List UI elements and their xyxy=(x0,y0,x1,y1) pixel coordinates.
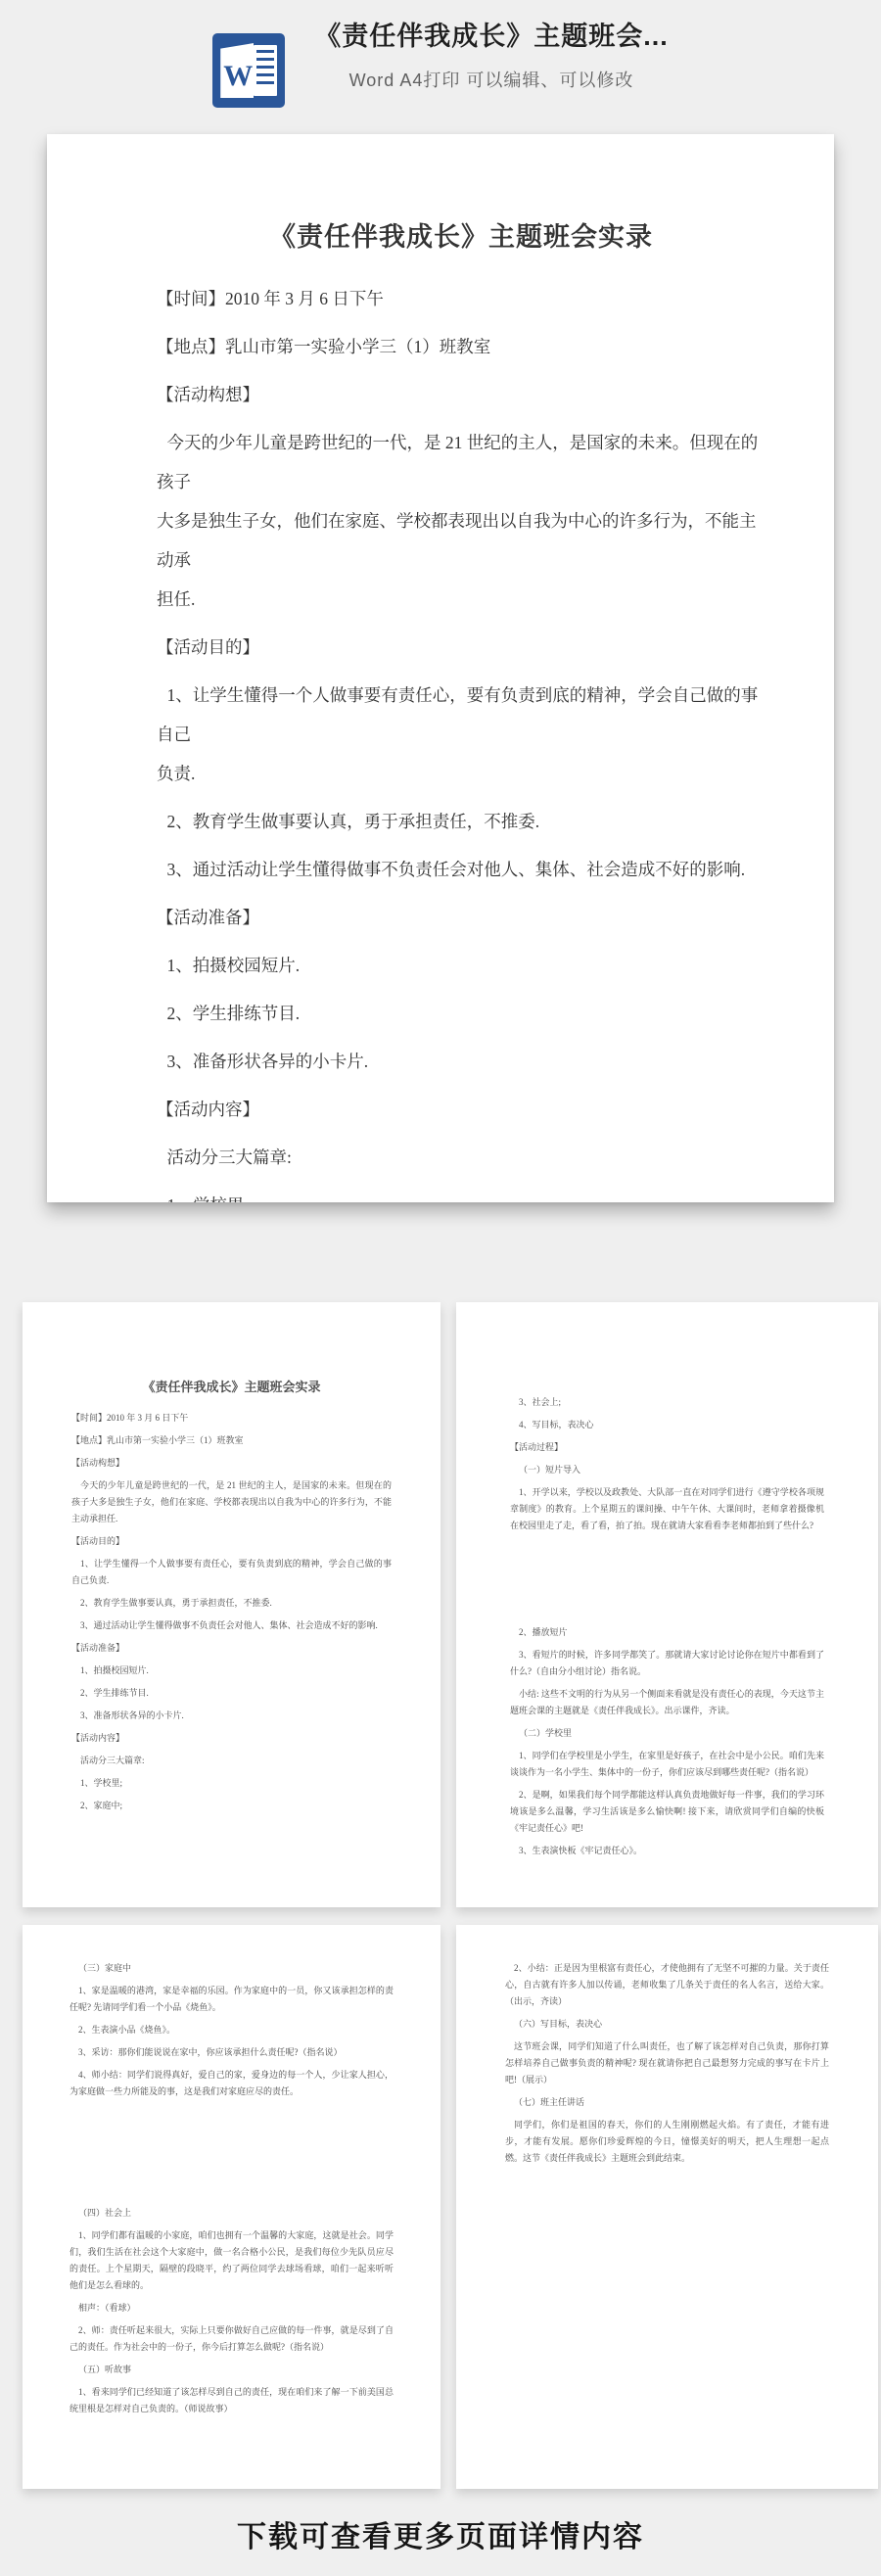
document-title: 《责任伴我成长》主题班会... xyxy=(314,20,669,53)
document-subtitle: Word A4打印 可以编辑、可以修改 xyxy=(349,67,634,92)
doc-line: 大多是独生子女，他们在家庭、学校都表现出以自我为中心的许多行为，不能主动承 xyxy=(157,501,765,580)
page-thumbnail-3[interactable]: （三）家庭中1、家是温暖的港湾，家是幸福的乐园。作为家庭中的一员，你又该承担怎样… xyxy=(23,1925,440,2489)
word-icon-letter: W xyxy=(222,59,254,94)
doc-line: 【活动准备】 xyxy=(71,1640,392,1657)
doc-line: 1、学校里; xyxy=(71,1775,392,1792)
doc-line: 相声：（看球） xyxy=(70,2300,394,2317)
doc-line: 3、通过活动让学生懂得做事不负责任会对他人、集体、社会造成不好的影响. xyxy=(71,1617,392,1634)
page-thumbnail-2-content: 3、社会上;4、写目标，表决心【活动过程】（一）短片导入1、开学以来，学校以及政… xyxy=(456,1302,878,1907)
doc-line: （七）班主任讲话 xyxy=(505,2094,829,2111)
page-background: { "colors":{ "background":"#efefef", "wo… xyxy=(0,0,881,2576)
doc-line: （三）家庭中 xyxy=(70,1960,394,1977)
site-header: W 《责任伴我成长》主题班会... Word A4打印 可以编辑、可以修改 xyxy=(0,0,881,132)
word-icon-document-lines xyxy=(254,45,277,96)
spacer xyxy=(70,2106,394,2199)
doc-line: 4、师小结：同学们说得真好，爱自己的家，爱身边的每一个人，少让家人担心，为家庭做… xyxy=(70,2067,394,2100)
doc-line: 《责任伴我成长》主题班会实录 xyxy=(71,1379,392,1396)
doc-line: 【活动构想】 xyxy=(157,375,765,414)
doc-line: （六）写目标，表决心 xyxy=(505,2016,829,2033)
doc-line: 3、准备形状各异的小卡片. xyxy=(71,1708,392,1724)
doc-line: 3、准备形状各异的小卡片. xyxy=(157,1042,765,1081)
doc-line: （一）短片导入 xyxy=(510,1462,824,1478)
doc-line: 2、生表演小品《烧鱼》。 xyxy=(70,2022,394,2038)
doc-line: 《责任伴我成长》主题班会实录 xyxy=(157,218,765,256)
doc-line: 【活动目的】 xyxy=(71,1533,392,1550)
doc-line: 活动分三大篇章: xyxy=(71,1753,392,1769)
doc-line: 【活动构想】 xyxy=(71,1455,392,1472)
page-thumbnail-4-content: 2、小结：正是因为里根富有责任心，才使他拥有了无坚不可摧的力量。关于责任心，自古… xyxy=(456,1925,878,2489)
doc-line: 【地点】乳山市第一实验小学三（1）班教室 xyxy=(157,327,765,366)
doc-line: 同学们，你们是祖国的春天，你们的人生刚刚燃起火焰。有了责任，才能有进步，才能有发… xyxy=(505,2117,829,2167)
doc-line: 1、家是温暖的港湾，家是幸福的乐园。作为家庭中的一员，你又该承担怎样的责任呢? … xyxy=(70,1983,394,2016)
doc-line: 1、开学以来，学校以及政教处、大队部一直在对同学们进行《遵守学校各项规章制度》的… xyxy=(510,1484,824,1534)
doc-line: 3、生表演快板《牢记责任心》。 xyxy=(510,1843,824,1859)
doc-line: （五）听故事 xyxy=(70,2362,394,2378)
doc-line: 2、小结：正是因为里根富有责任心，才使他拥有了无坚不可摧的力量。关于责任心，自古… xyxy=(505,1960,829,2010)
word-icon: W xyxy=(212,33,285,108)
doc-line: 3、采访：那你们能说说在家中，你应该承担什么责任呢?（指名说） xyxy=(70,2044,394,2061)
doc-line: 1、看来同学们已经知道了该怎样尽到自己的责任，现在咱们来了解一下前美国总统里根是… xyxy=(70,2384,394,2417)
doc-line: 担任. xyxy=(157,580,765,619)
doc-line: 【活动准备】 xyxy=(157,898,765,937)
download-hint: 下载可查看更多页面详情内容 xyxy=(0,2512,881,2555)
header-text: 《责任伴我成长》主题班会... Word A4打印 可以编辑、可以修改 xyxy=(314,20,669,92)
page-thumbnail-4[interactable]: 2、小结：正是因为里根富有责任心，才使他拥有了无坚不可摧的力量。关于责任心，自古… xyxy=(456,1925,878,2489)
spacer xyxy=(510,1540,824,1618)
document-page-preview: 《责任伴我成长》主题班会实录【时间】2010 年 3 月 6 日下午【地点】乳山… xyxy=(47,134,834,1202)
doc-line: 【时间】2010 年 3 月 6 日下午 xyxy=(157,279,765,318)
doc-line: 2、教育学生做事要认真，勇于承担责任，不推委. xyxy=(71,1595,392,1612)
doc-line: 1、同学们在学校里是小学生，在家里是好孩子，在社会中是小公民。咱们先来谈谈作为一… xyxy=(510,1748,824,1781)
doc-line: 2、学生排练节目. xyxy=(157,994,765,1033)
doc-line: 1、学校里; xyxy=(157,1186,765,1202)
doc-line: 1、拍摄校园短片. xyxy=(157,946,765,985)
doc-line: 3、看短片的时候，许多同学都笑了。那就请大家讨论讨论你在短片中都看到了什么?（自… xyxy=(510,1647,824,1680)
page-thumbnail-3-content: （三）家庭中1、家是温暖的港湾，家是幸福的乐园。作为家庭中的一员，你又该承担怎样… xyxy=(23,1925,440,2489)
doc-line: 2、家庭中; xyxy=(71,1798,392,1814)
doc-line: 2、教育学生做事要认真，勇于承担责任，不推委. xyxy=(157,802,765,841)
doc-line: 1、让学生懂得一个人做事要有责任心，要有负责到底的精神，学会自己做的事自己 xyxy=(157,676,765,754)
doc-line: 1、同学们都有温暖的小家庭，咱们也拥有一个温馨的大家庭，这就是社会。同学们，我们… xyxy=(70,2227,394,2294)
doc-line: 【活动内容】 xyxy=(157,1090,765,1129)
doc-line: 2、师：责任听起来很大，实际上只要你做好自己应做的每一件事，就是尽到了自己的责任… xyxy=(70,2322,394,2356)
doc-line: 4、写目标，表决心 xyxy=(510,1417,824,1433)
doc-line: 小结: 这些不文明的行为从另一个侧面来看就是没有责任心的表现，今天这节主题班会课… xyxy=(510,1686,824,1719)
doc-line: 【时间】2010 年 3 月 6 日下午 xyxy=(71,1410,392,1427)
document-page-content: 《责任伴我成长》主题班会实录【时间】2010 年 3 月 6 日下午【地点】乳山… xyxy=(47,134,834,1202)
doc-line: 2、学生排练节目. xyxy=(71,1685,392,1702)
doc-line: 今天的少年儿童是跨世纪的一代，是 21 世纪的主人，是国家的未来。但现在的孩子 xyxy=(157,423,765,501)
doc-line: 2、播放短片 xyxy=(510,1624,824,1641)
doc-line: 【活动内容】 xyxy=(71,1730,392,1747)
doc-line: （四）社会上 xyxy=(70,2205,394,2222)
doc-line: 3、社会上; xyxy=(510,1394,824,1411)
doc-line: 活动分三大篇章: xyxy=(157,1138,765,1177)
page-thumbnail-1-content: 《责任伴我成长》主题班会实录【时间】2010 年 3 月 6 日下午【地点】乳山… xyxy=(23,1302,440,1907)
doc-line: 3、通过活动让学生懂得做事不负责任会对他人、集体、社会造成不好的影响. xyxy=(157,850,765,889)
doc-line: （二）学校里 xyxy=(510,1725,824,1742)
doc-line: 【活动目的】 xyxy=(157,628,765,667)
doc-line: 【地点】乳山市第一实验小学三（1）班教室 xyxy=(71,1432,392,1449)
page-thumbnail-2[interactable]: 3、社会上;4、写目标，表决心【活动过程】（一）短片导入1、开学以来，学校以及政… xyxy=(456,1302,878,1907)
page-thumbnail-1[interactable]: 《责任伴我成长》主题班会实录【时间】2010 年 3 月 6 日下午【地点】乳山… xyxy=(23,1302,440,1907)
doc-line: 这节班会课，同学们知道了什么叫责任，也了解了该怎样对自己负责，那你打算怎样培养自… xyxy=(505,2038,829,2088)
doc-line: 今天的少年儿童是跨世纪的一代，是 21 世纪的主人，是国家的未来。但现在的孩子大… xyxy=(71,1477,392,1527)
doc-line: 1、让学生懂得一个人做事要有责任心，要有负责到底的精神，学会自己做的事自己负责. xyxy=(71,1556,392,1589)
doc-line: 负责. xyxy=(157,754,765,793)
doc-line: 2、是啊，如果我们每个同学都能这样认真负责地做好每一件事，我们的学习环境该是多么… xyxy=(510,1787,824,1837)
doc-line: 【活动过程】 xyxy=(510,1439,824,1456)
doc-line: 1、拍摄校园短片. xyxy=(71,1663,392,1679)
